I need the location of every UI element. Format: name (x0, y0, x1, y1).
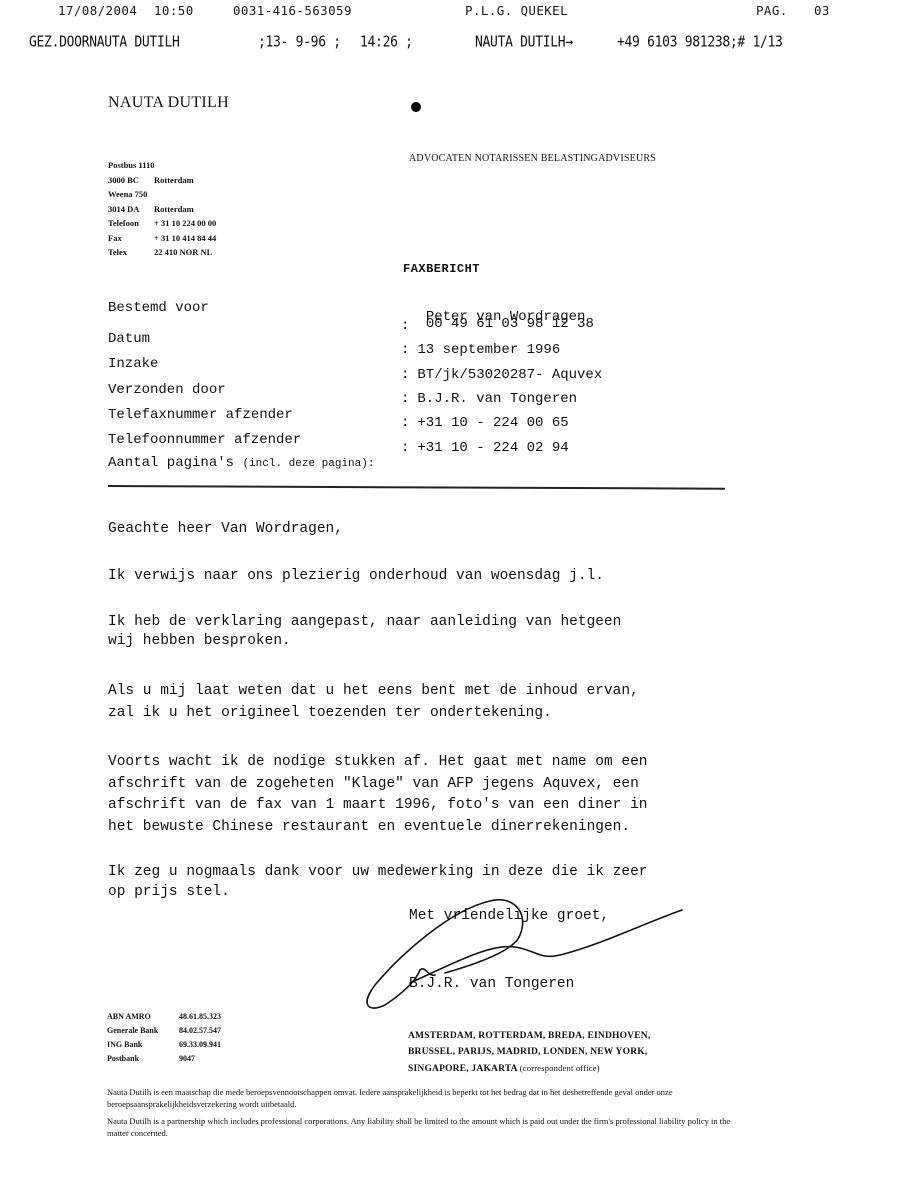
meta-value-sender-fax: :+31 10 - 224 00 65 (401, 415, 569, 431)
address-line: Weena 750 (108, 187, 216, 202)
paragraph-2: Ik heb de verklaring aangepast, naar aan… (108, 613, 621, 651)
bank-row: ING Bank69.33.09.941 (107, 1038, 221, 1052)
bank-row: Generale Bank84.02.57.547 (107, 1024, 221, 1038)
salutation: Geachte heer Van Wordragen, (108, 520, 343, 539)
disclaimer-english: Nauta Dutilh is a partnership which incl… (107, 1116, 732, 1139)
fax-sender: GEZ.DOORNAUTA DUTILH (29, 34, 180, 51)
telex-line: Telex22 410 NOR NL (108, 245, 216, 260)
address-line: Postbus 1110 (108, 158, 216, 173)
paragraph-3: Als u mij laat weten dat u het eens bent… (108, 680, 639, 724)
office-locations: AMSTERDAM, ROTTERDAM, BREDA, EINDHOVEN, … (408, 1028, 650, 1077)
paragraph-4: Voorts wacht ik de nodige stukken af. He… (108, 752, 648, 838)
disclaimer-dutch: Nauta Dutilh is een maatschap die mede b… (107, 1087, 732, 1110)
meta-label-recipient: Bestemd voor (108, 300, 209, 316)
address-line: 3014 DARotterdam (108, 202, 216, 217)
recipient-fax-number: 00 49 61 03 98 12 38 (426, 316, 594, 332)
fax-page-label: PAG. (756, 3, 788, 18)
meta-value-subject: :BT/jk/53020287- Aquvex (401, 367, 602, 383)
fax-page-number: 03 (814, 3, 830, 18)
meta-value-date: :13 september 1996 (401, 342, 560, 358)
fax-line: Fax+ 31 10 414 84 44 (108, 231, 216, 246)
address-line: 3000 BCRotterdam (108, 173, 216, 188)
fax-date: 17/08/2004 (58, 3, 137, 18)
meta-label-pages: Aantal pagina's (incl. deze pagina): (108, 455, 374, 471)
fax-time: 10:50 (154, 3, 194, 18)
paragraph-1: Ik verwijs naar ons plezierig onderhoud … (108, 567, 604, 586)
meta-label-sender-fax: Telefaxnummer afzender (108, 407, 293, 423)
meta-value-sent-by: :B.J.R. van Tongeren (401, 391, 577, 407)
signatory-name: B.J.R. van Tongeren (409, 976, 574, 992)
fax-number-pages: +49 6103 981238;# 1/13 (617, 34, 783, 51)
fax-from: NAUTA DUTILH→ (475, 34, 573, 51)
meta-label-sent-by: Verzonden door (108, 382, 226, 398)
correspondent-note: (correspondent office) (520, 1063, 600, 1073)
meta-label-sender-phone: Telefoonnummer afzender (108, 432, 301, 448)
meta-value-recipient: : Peter van Wordragen 00 49 61 03 98 12 … (401, 309, 601, 331)
fax-sent-date: ;13- 9-96 ; (258, 34, 341, 51)
bank-row: ABN AMRO48.61.85.323 (107, 1010, 221, 1024)
firm-name: NAUTA DUTILH (108, 94, 229, 112)
meta-label-date: Datum (108, 331, 150, 347)
firm-address: Postbus 1110 3000 BCRotterdam Weena 750 … (108, 158, 216, 260)
document-type: FAXBERICHT (403, 262, 480, 276)
bank-row: Postbank9047 (107, 1052, 221, 1066)
logo-dot-icon (411, 102, 421, 112)
paragraph-5: Ik zeg u nogmaals dank voor uw medewerki… (108, 862, 648, 902)
bank-details: ABN AMRO48.61.85.323 Generale Bank84.02.… (107, 1010, 221, 1066)
fax-sent-time: 14:26 ; (360, 34, 413, 51)
closing: Met vriendelijke groet, (409, 908, 609, 924)
firm-tagline: ADVOCATEN NOTARISSEN BELASTINGADVISEURS (409, 153, 656, 164)
phone-line: Telefoon+ 31 10 224 00 00 (108, 216, 216, 231)
meta-value-sender-phone: :+31 10 - 224 02 94 (401, 440, 569, 456)
fax-recipient-name: P.L.G. QUEKEL (465, 3, 568, 18)
fax-number: 0031-416-563059 (233, 3, 352, 18)
meta-label-subject: Inzake (108, 356, 158, 372)
pages-note: (incl. deze pagina): (242, 458, 374, 470)
divider-line (108, 485, 725, 489)
